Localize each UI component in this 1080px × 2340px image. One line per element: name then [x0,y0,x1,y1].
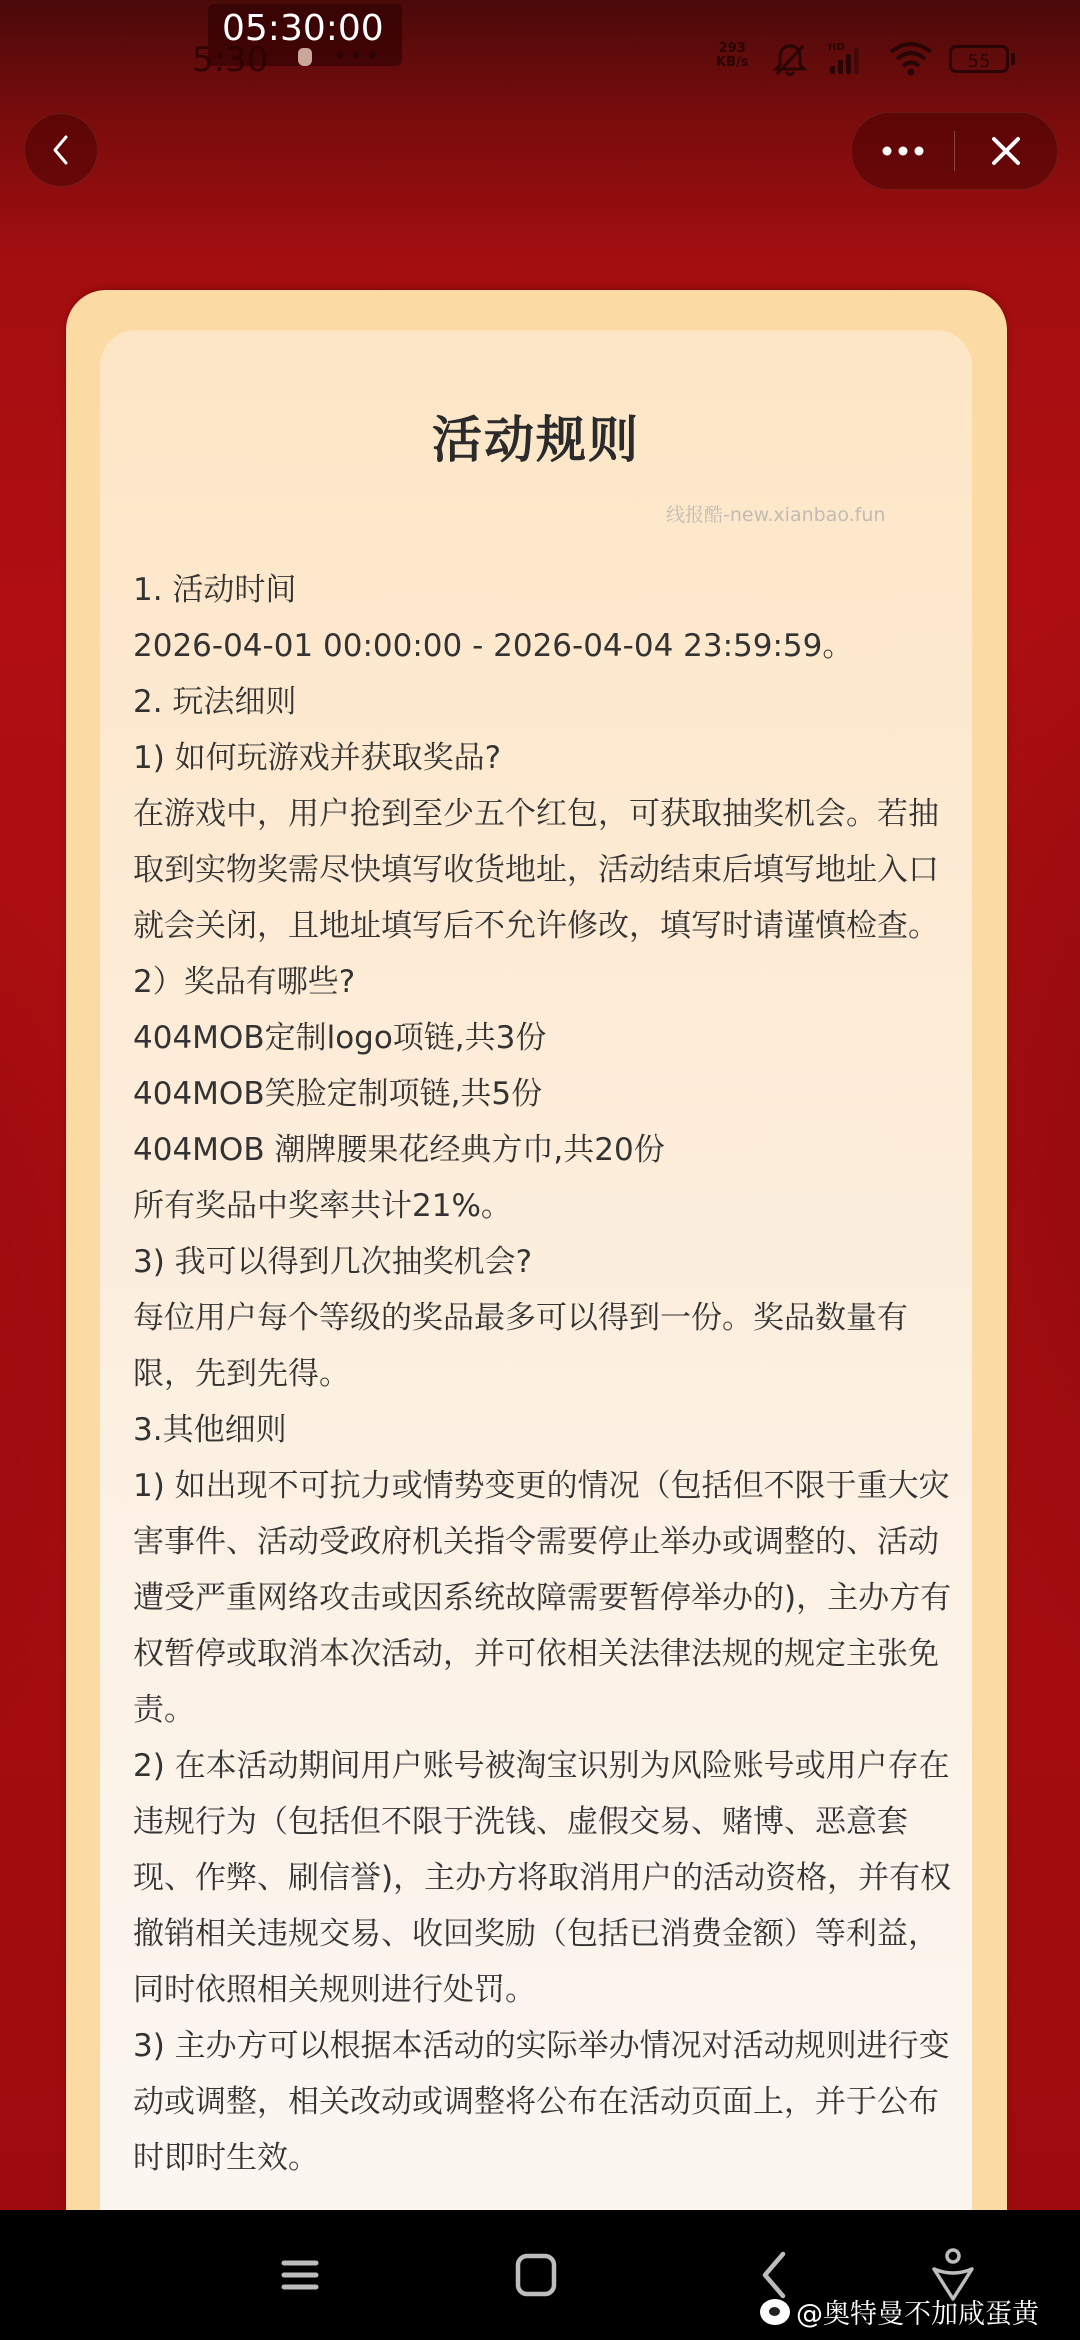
prize-win-rate: 所有奖品中奖率共计21%。 [133,1178,953,1234]
back-button[interactable] [24,113,98,187]
network-speed-value: 293 [716,42,748,56]
home-square-icon [514,2253,558,2297]
battery-tip [1011,53,1015,65]
weibo-watermark: @奥特曼不加咸蛋黄 [760,2292,1039,2331]
section-heading-other: 3.其他细则 [133,1402,953,1458]
question-prizes: 2）奖品有哪些? [133,954,953,1010]
network-speed-unit: KB/s [716,56,748,70]
rule-risk-account: 2) 在本活动期间用户账号被淘宝识别为风险账号或用户存在违规行为（包括但不限于洗… [133,1738,953,2018]
close-button[interactable] [955,113,1057,189]
wifi-icon [888,40,934,76]
activity-period: 2026-04-01 00:00:00 - 2026-04-04 23:59:5… [133,618,953,674]
battery-indicator: 55 [949,45,1009,73]
silent-bell-icon [770,40,810,80]
section-heading-time: 1. 活动时间 [133,562,953,618]
question-draw-chances: 3) 我可以得到几次抽奖机会? [133,1234,953,1290]
home-button[interactable] [476,2210,596,2340]
network-speed: 293 KB/s [716,42,748,70]
close-icon [990,135,1022,167]
rule-adjustment: 3) 主办方可以根据本活动的实际举办情况对活动规则进行变动或调整，相关改动或调整… [133,2018,953,2186]
prize-item: 404MOB 潮牌腰果花经典方巾,共20份 [133,1122,953,1178]
question-how-to-play: 1) 如何玩游戏并获取奖品? [133,730,953,786]
menu-button[interactable] [240,2210,360,2340]
more-dots-icon [879,145,927,157]
chevron-left-icon [46,132,76,168]
section-heading-gameplay: 2. 玩法细则 [133,674,953,730]
status-bar: 5:30 05:30:00 ••• 293 KB/s HD 55 [0,0,1080,100]
rules-panel[interactable]: 活动规则 线报酷-new.xianbao.fun 1. 活动时间 2026-04… [100,330,972,2250]
rules-content: 1. 活动时间 2026-04-01 00:00:00 - 2026-04-04… [133,562,953,2186]
answer-how-to-play: 在游戏中，用户抢到至少五个红包，可获取抽奖机会。若抽取到实物奖需尽快填写收货地址… [133,786,953,954]
prize-item: 404MOB定制logo项链,共3份 [133,1010,953,1066]
prize-item: 404MOB笑脸定制项链,共5份 [133,1066,953,1122]
watermark: 线报酷-new.xianbao.fun [666,500,885,527]
notification-app-icon [298,48,312,66]
answer-draw-chances: 每位用户每个等级的奖品最多可以得到一份。奖品数量有限，先到先得。 [133,1290,953,1402]
mini-program-capsule [851,112,1058,190]
more-notifications-icon: ••• [333,42,381,70]
page-title: 活动规则 [100,400,972,472]
rules-card: 活动规则 线报酷-new.xianbao.fun 1. 活动时间 2026-04… [66,290,1007,2250]
rule-force-majeure: 1) 如出现不可抗力或情势变更的情况（包括但不限于重大灾害事件、活动受政府机关指… [133,1458,953,1738]
menu-icon [278,2253,322,2297]
hd-label: HD [828,42,845,53]
signal-icon: HD [826,40,874,76]
weibo-handle: @奥特曼不加咸蛋黄 [796,2292,1039,2331]
more-button[interactable] [852,113,954,189]
weibo-logo-icon [760,2299,790,2325]
